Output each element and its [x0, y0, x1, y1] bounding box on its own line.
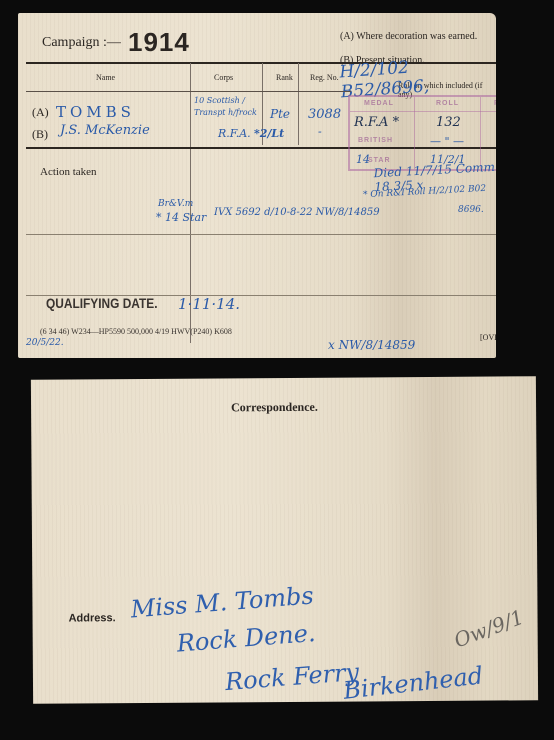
campaign-year: 1914 [128, 27, 190, 58]
stamp-header-roll: ROLL [436, 100, 459, 107]
stamp-divider [480, 97, 481, 169]
row-b-reg-no: - [318, 125, 322, 138]
row-a-corps: 10 Scottish / Transpt h/frock [194, 95, 264, 119]
action-roll-note-2: 8696. [458, 205, 484, 215]
campaign-label: Campaign :— [42, 35, 121, 51]
address-line-2: Rock Dene. [176, 619, 317, 658]
medals-line-2: * 14 Star [156, 211, 206, 224]
header-reg-no: Reg. No. [310, 73, 339, 82]
address-line-3: Rock Ferry [224, 658, 360, 696]
nw-ref: x NW/8/14859 [328, 338, 415, 352]
action-bottom-rule [26, 234, 496, 235]
medals-ref: IVX 5692 d/10-8-22 NW/8/14859 [214, 207, 380, 218]
medal-roll-stamp: MEDAL ROLL PAGE BRITISH STAR R.F.A * 132… [348, 95, 496, 171]
qualifying-date-value: 1·11·14. [178, 295, 240, 313]
address-line-1: Miss M. Tombs [130, 581, 315, 623]
action-taken-label: Action taken [40, 166, 97, 178]
header-corps: Corps [214, 73, 233, 82]
row-a-label: (A) [32, 105, 49, 120]
stamp-header-medal: MEDAL [364, 100, 394, 107]
col-divider [298, 63, 299, 145]
header-name: Name [96, 73, 115, 82]
over-label: [OVER. [480, 333, 496, 342]
stamp-label-star: STAR [368, 157, 391, 164]
row-b-corps: R.F.A. [218, 127, 251, 140]
row-b-rank: *2/Lt [254, 127, 284, 140]
note-a: (A) Where decoration was earned. [340, 31, 477, 42]
stamp-label-british: BRITISH [358, 137, 393, 144]
row-a-reg-no: 3088 [308, 107, 341, 122]
stamp-rule [350, 111, 496, 112]
medal-card-back: Correspondence. Address. Miss M. Tombs R… [31, 376, 538, 704]
medal-card-front: Campaign :— 1914 (A) Where decoration wa… [18, 13, 496, 358]
stamp-roll-1: 132 [436, 115, 461, 130]
row-b-name: J.S. McKenzie [60, 123, 150, 138]
address-label: Address. [69, 612, 116, 624]
pencil-mark: Ow/9/1 [451, 605, 527, 653]
row-b-label: (B) [32, 127, 48, 142]
stamp-divider [414, 97, 415, 169]
address-line-4: Birkenhead [342, 661, 485, 703]
stamp-medal-1: R.F.A * [354, 115, 399, 130]
header-rank: Rank [276, 73, 293, 82]
print-code: (6 34 46) W234—HP5590 500,000 4/19 HWV(P… [40, 327, 232, 336]
handwritten-date: 20/5/22. [26, 338, 64, 348]
row-a-name: TOMBS [56, 103, 135, 121]
correspondence-title: Correspondence. [231, 400, 318, 416]
stamp-header-page: PAGE [494, 100, 496, 107]
qualifying-date-label: QUALIFYING DATE. [46, 295, 158, 311]
row-a-rank: Pte [270, 107, 290, 121]
row-rule [26, 91, 351, 92]
stamp-medal-3: 14 [356, 153, 370, 166]
medals-line-1: Br&V.m [158, 199, 193, 209]
stamp-roll-2: — " — [430, 135, 464, 148]
